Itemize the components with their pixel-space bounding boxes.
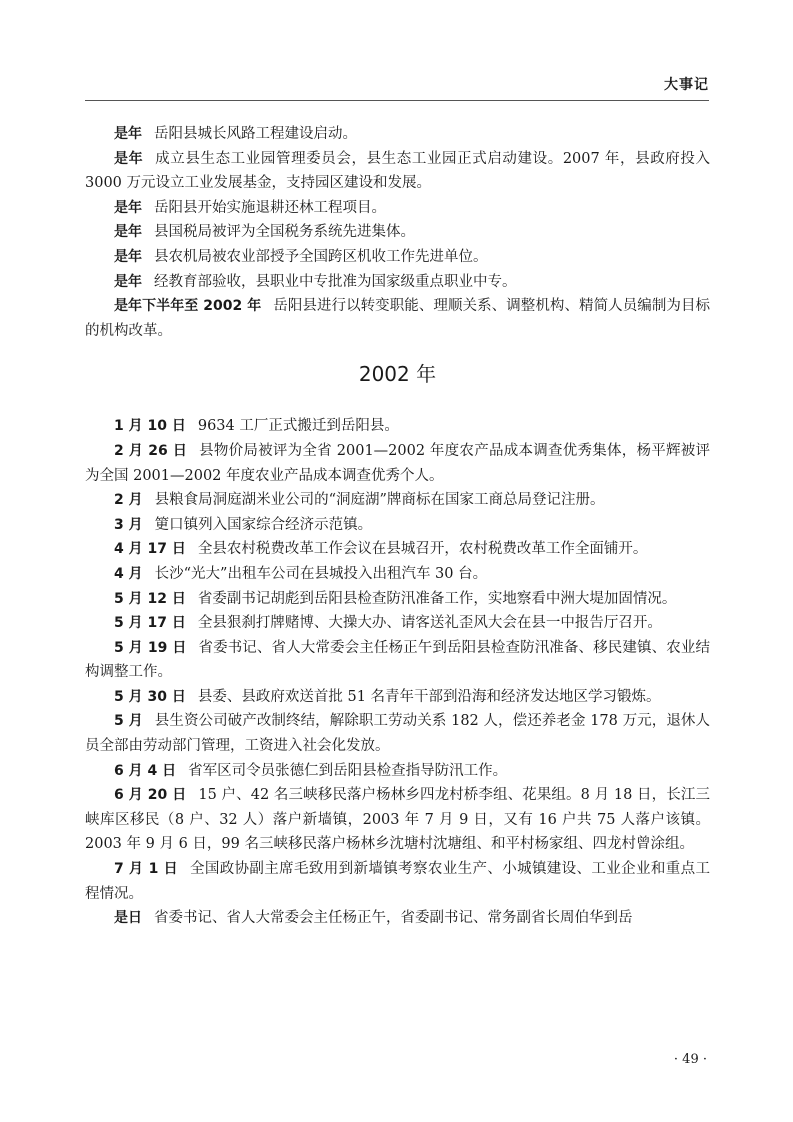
entry-text: 县粮食局洞庭湖米业公司的“洞庭湖”牌商标在国家工商总局登记注册。: [155, 492, 605, 508]
entry: 2 月 26 日县物价局被评为全省 2001—2002 年度农产品成本调查优秀集…: [85, 439, 710, 488]
entry-text: 县生资公司破产改制终结，解除职工劳动关系 182 人，偿还养老金 178 万元，…: [85, 713, 710, 754]
entry-text: 县国税局被评为全国税务系统先进集体。: [154, 224, 415, 240]
entry: 5 月 19 日省委书记、省人大常委会主任杨正午到岳阳县检查防汛准备、移民建镇、…: [85, 636, 710, 685]
entry-text: 9634 工厂正式搬迁到岳阳县。: [198, 418, 399, 434]
entry-date: 5 月 17 日: [114, 615, 186, 631]
entry: 1 月 10 日9634 工厂正式搬迁到岳阳县。: [85, 414, 710, 439]
year-heading: 2002 年: [85, 360, 710, 388]
entry: 是年下半年至 2002 年岳阳县进行以转变职能、理顺关系、调整机构、精简人员编制…: [85, 294, 710, 343]
entry: 6 月 4 日省军区司令员张德仁到岳阳县检查指导防汛工作。: [85, 759, 710, 784]
entry-text: 长沙“光大”出租车公司在县城投入出租汽车 30 台。: [155, 566, 488, 582]
entry-text: 全国政协副主席毛致用到新墙镇考察农业生产、小城镇建设、工业企业和重点工程情况。: [85, 861, 710, 902]
entry-date: 4 月: [114, 566, 143, 582]
entry: 5 月 30 日县委、县政府欢送首批 51 名青年干部到沿海和经济发达地区学习锻…: [85, 685, 710, 710]
page-number: · 49 ·: [674, 1052, 707, 1067]
entry-text: 全县农村税费改革工作会议在县城召开，农村税费改革工作全面铺开。: [198, 541, 648, 557]
header-rule: [85, 100, 709, 101]
entry-text: 省委书记、省人大常委会主任杨正午，省委副书记、常务副省长周伯华到岳: [154, 910, 633, 926]
entry: 是年经教育部验收，县职业中专批准为国家级重点职业中专。: [85, 270, 710, 295]
entry-text: 岳阳县城长风路工程建设启动。: [154, 126, 357, 142]
entry-date: 7 月 1 日: [114, 861, 178, 877]
entry-date: 5 月: [114, 713, 143, 729]
entry-date: 3 月: [114, 517, 143, 533]
entry: 6 月 20 日15 户、42 名三峡移民落户杨林乡四龙村桥李组、花果组。8 月…: [85, 783, 710, 857]
entries-before-2002: 是年岳阳县城长风路工程建设启动。 是年成立县生态工业园管理委员会，县生态工业园正…: [85, 122, 710, 343]
entry-text: 全县狠刹打牌赌博、大操大办、请客送礼歪风大会在县一中报告厅召开。: [198, 615, 662, 631]
entry-text: 县农机局被农业部授予全国跨区机收工作先进单位。: [154, 249, 488, 265]
entry: 5 月 12 日省委副书记胡彪到岳阳县检查防汛准备工作，实地察看中洲大堤加固情况…: [85, 587, 710, 612]
entry-date: 是年: [114, 224, 142, 240]
entries-2002: 1 月 10 日9634 工厂正式搬迁到岳阳县。 2 月 26 日县物价局被评为…: [85, 414, 710, 930]
entry: 是年岳阳县城长风路工程建设启动。: [85, 122, 710, 147]
entry-text: 筻口镇列入国家综合经济示范镇。: [155, 517, 373, 533]
entry-date: 6 月 20 日: [114, 787, 186, 803]
entry-date: 2 月 26 日: [114, 443, 187, 459]
entry-date: 是年: [114, 126, 142, 142]
entry-text: 县委、县政府欢送首批 51 名青年干部到沿海和经济发达地区学习锻炼。: [198, 689, 661, 705]
entry: 3 月筻口镇列入国家综合经济示范镇。: [85, 513, 710, 538]
entry-date: 5 月 30 日: [114, 689, 186, 705]
page-body: 是年岳阳县城长风路工程建设启动。 是年成立县生态工业园管理委员会，县生态工业园正…: [85, 122, 710, 931]
entry: 7 月 1 日全国政协副主席毛致用到新墙镇考察农业生产、小城镇建设、工业企业和重…: [85, 857, 710, 906]
entry: 是日省委书记、省人大常委会主任杨正午，省委副书记、常务副省长周伯华到岳: [85, 906, 710, 931]
running-head-title: 大事记: [664, 74, 709, 94]
entry-text: 成立县生态工业园管理委员会，县生态工业园正式启动建设。2007 年，县政府投入 …: [85, 151, 710, 192]
entry: 5 月县生资公司破产改制终结，解除职工劳动关系 182 人，偿还养老金 178 …: [85, 709, 710, 758]
entry: 4 月 17 日全县农村税费改革工作会议在县城召开，农村税费改革工作全面铺开。: [85, 537, 710, 562]
entry-date: 1 月 10 日: [114, 418, 186, 434]
entry-date: 6 月 4 日: [114, 763, 176, 779]
entry: 是年县农机局被农业部授予全国跨区机收工作先进单位。: [85, 245, 710, 270]
entry-date: 是年: [114, 274, 142, 290]
entry-date: 是年下半年至 2002 年: [114, 298, 261, 314]
entry-date: 4 月 17 日: [114, 541, 186, 557]
entry-date: 是日: [114, 910, 142, 926]
entry-text: 岳阳县开始实施退耕还林工程项目。: [154, 200, 386, 216]
entry-date: 是年: [114, 151, 143, 167]
entry-date: 5 月 19 日: [114, 640, 186, 656]
entry-text: 省委副书记胡彪到岳阳县检查防汛准备工作，实地察看中洲大堤加固情况。: [198, 591, 677, 607]
entry-date: 是年: [114, 249, 142, 265]
entry-date: 2 月: [114, 492, 143, 508]
entry: 2 月县粮食局洞庭湖米业公司的“洞庭湖”牌商标在国家工商总局登记注册。: [85, 488, 710, 513]
entry: 是年县国税局被评为全国税务系统先进集体。: [85, 220, 710, 245]
entry-text: 省军区司令员张德仁到岳阳县检查指导防汛工作。: [188, 763, 507, 779]
entry-text: 经教育部验收，县职业中专批准为国家级重点职业中专。: [154, 274, 517, 290]
entry: 4 月长沙“光大”出租车公司在县城投入出租汽车 30 台。: [85, 562, 710, 587]
entry-date: 是年: [114, 200, 142, 216]
entry-date: 5 月 12 日: [114, 591, 186, 607]
entry: 是年成立县生态工业园管理委员会，县生态工业园正式启动建设。2007 年，县政府投…: [85, 147, 710, 196]
entry: 是年岳阳县开始实施退耕还林工程项目。: [85, 196, 710, 221]
entry: 5 月 17 日全县狠刹打牌赌博、大操大办、请客送礼歪风大会在县一中报告厅召开。: [85, 611, 710, 636]
